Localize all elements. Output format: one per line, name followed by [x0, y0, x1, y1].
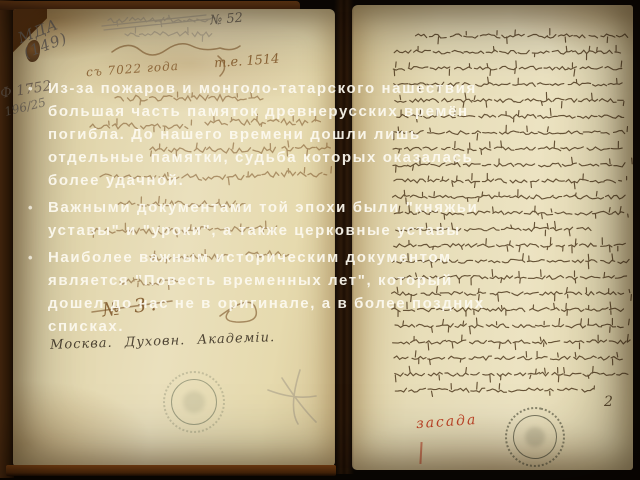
page-number: 2 — [604, 394, 613, 410]
bullet-item: • Важными документами той эпохи были "кн… — [28, 196, 616, 242]
bullet-icon: • — [28, 77, 38, 192]
bullet-text: Наиболее важным историческим документом … — [48, 246, 485, 338]
bullet-item: • Наиболее важным историческим документо… — [28, 246, 616, 338]
bullet-list: • Из-за пожаров и монголо-татарского наш… — [28, 77, 616, 338]
handwriting-stroke — [268, 370, 316, 424]
bullet-icon: • — [28, 196, 38, 242]
catalog-number: № 52 — [209, 11, 243, 29]
bullet-item: • Из-за пожаров и монголо-татарского наш… — [28, 77, 616, 192]
slide-text-block: • Из-за пожаров и монголо-татарского наш… — [28, 77, 616, 342]
handwriting-stroke — [102, 15, 218, 41]
bullet-text: Важными документами той эпохи были "княж… — [48, 196, 478, 242]
library-stamp-left — [163, 371, 225, 433]
bullet-icon: • — [28, 246, 38, 338]
bullet-text: Из-за пожаров и монголо-татарского нашес… — [48, 77, 477, 192]
presentation-slide[interactable]: МДА (149) № 52 съ 7022 года т.е. 1514 Ф … — [0, 0, 640, 480]
